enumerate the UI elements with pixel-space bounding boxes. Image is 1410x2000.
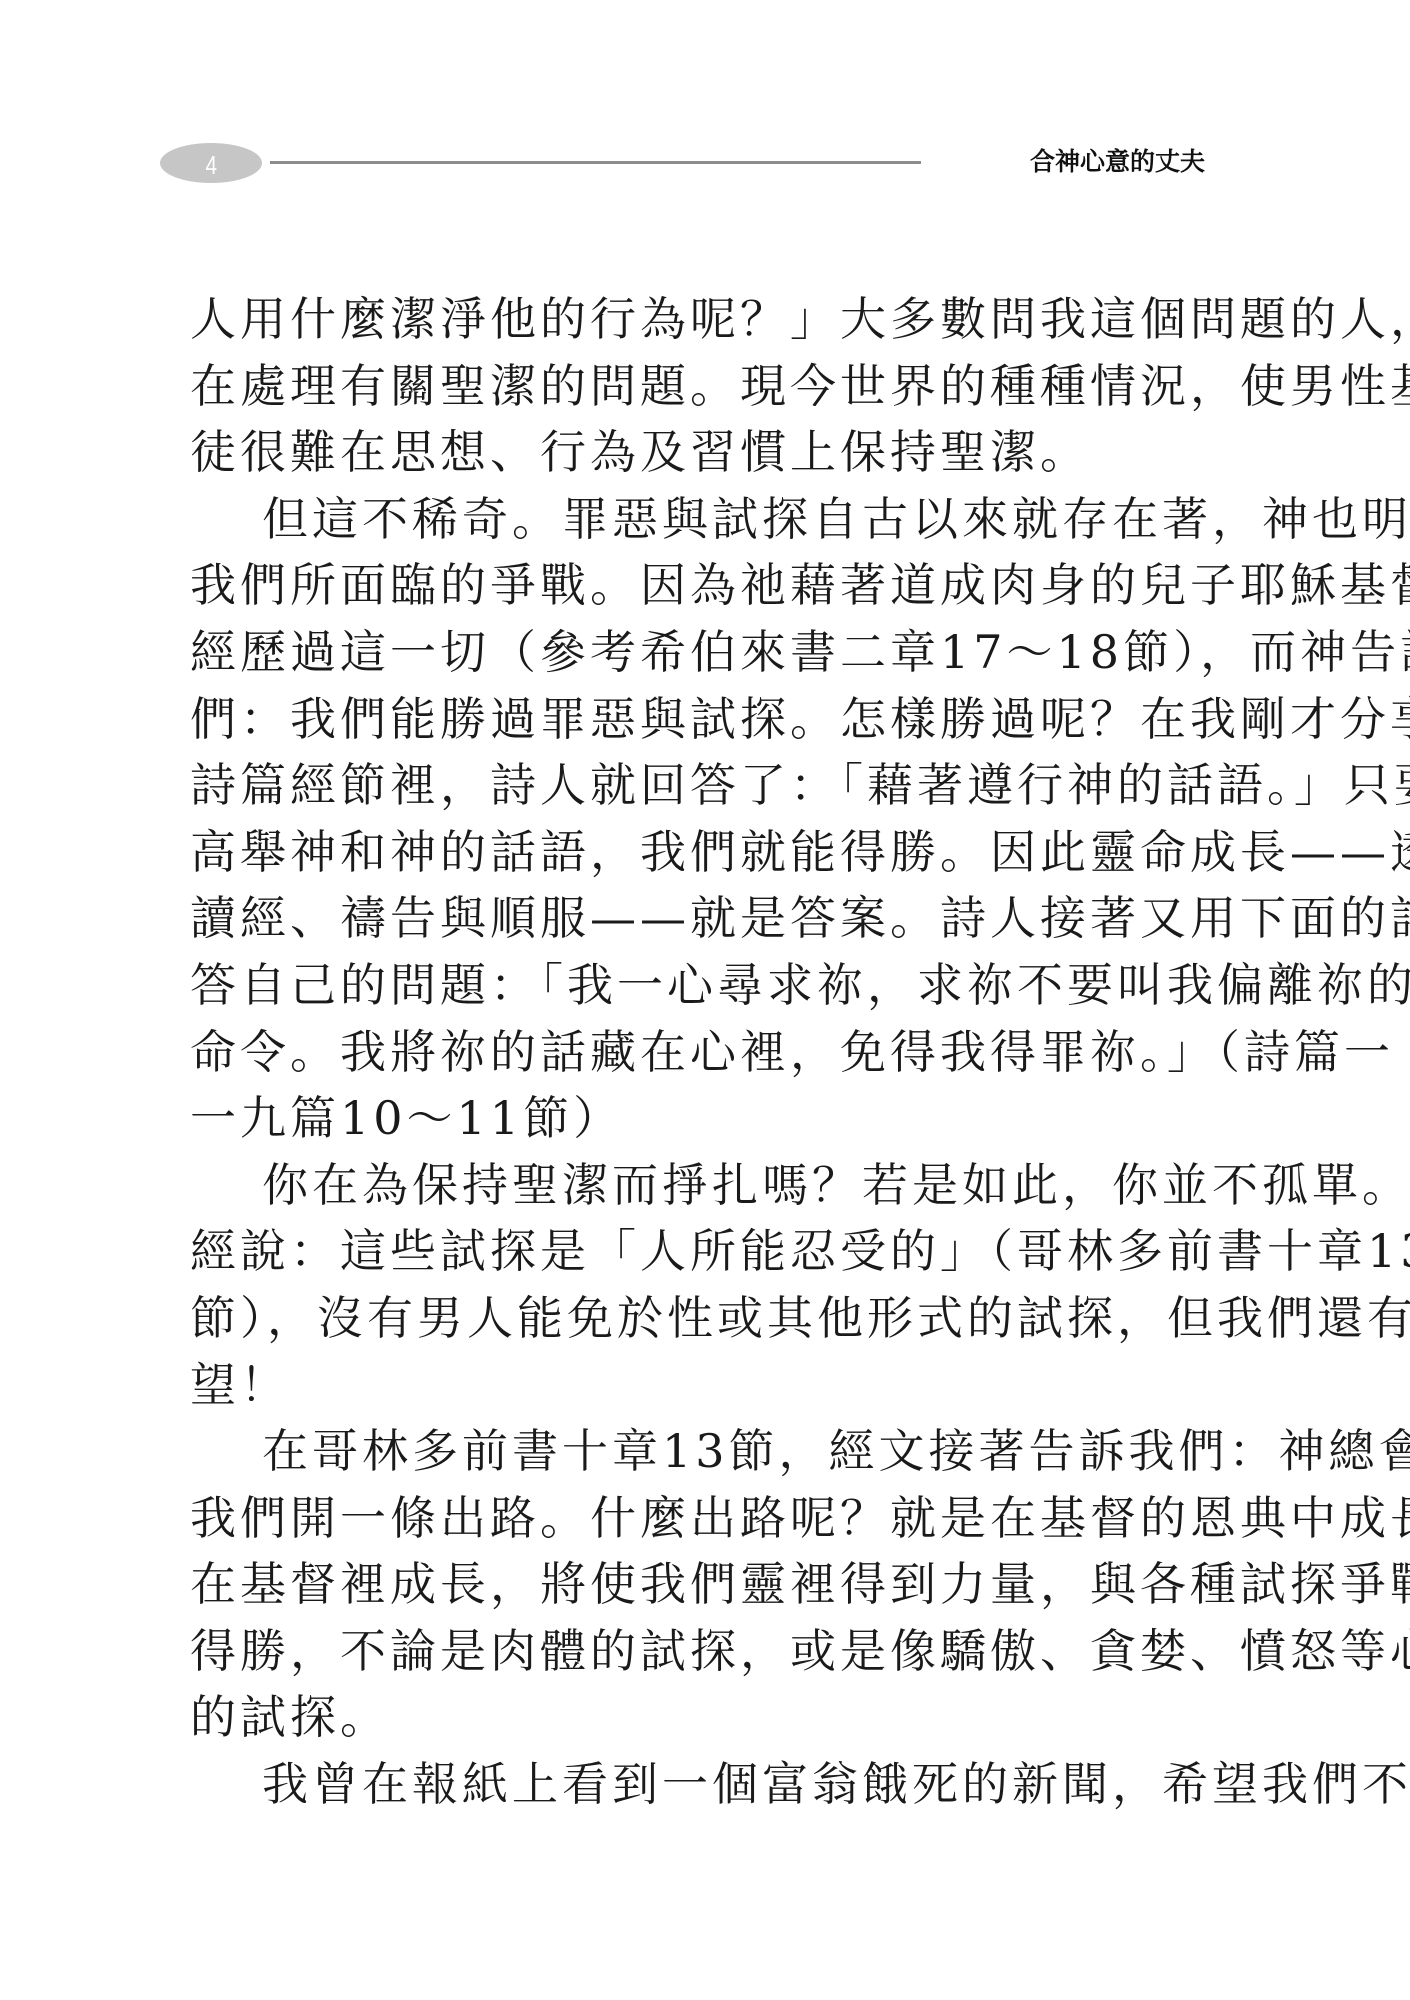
page-number: 4: [205, 150, 217, 181]
text-line: 我曾在報紙上看到一個富翁餓死的新聞，希望我們不要: [190, 1751, 1210, 1818]
text-line: 在處理有關聖潔的問題。現今世界的種種情況，使男性基督: [190, 353, 1210, 420]
text-line: 節），沒有男人能免於性或其他形式的試探，但我們還有希: [190, 1285, 1210, 1352]
text-line: 我們開一條出路。什麼出路呢？就是在基督的恩典中成長！: [190, 1485, 1210, 1552]
text-line: 我們所面臨的爭戰。因為祂藉著道成肉身的兒子耶穌基督: [190, 552, 1210, 619]
text-line: 的試探。: [190, 1684, 1210, 1751]
text-line: 經說：這些試探是「人所能忍受的」（哥林多前書十章13: [190, 1218, 1210, 1285]
text-line: 得勝，不論是肉體的試探，或是像驕傲、貪婪、憤怒等心靈: [190, 1618, 1210, 1685]
text-line: 讀經、禱告與順服——就是答案。詩人接著又用下面的話回: [190, 885, 1210, 952]
text-line: 們：我們能勝過罪惡與試探。怎樣勝過呢？在我剛才分享的: [190, 686, 1210, 753]
text-line: 答自己的問題：「我一心尋求祢，求祢不要叫我偏離祢的: [190, 952, 1210, 1019]
text-line: 高舉神和神的話語，我們就能得勝。因此靈命成長——透過: [190, 819, 1210, 886]
text-line: 人用什麼潔淨他的行為呢？」大多數問我這個問題的人，都: [190, 286, 1210, 353]
text-line: 一九篇10～11節）: [190, 1085, 1210, 1152]
text-line: 經歷過這一切（參考希伯來書二章17～18節），而神告訴我: [190, 619, 1210, 686]
running-title: 合神心意的丈夫: [1030, 142, 1205, 178]
text-line: 但這不稀奇。罪惡與試探自古以來就存在著，神也明白: [190, 486, 1210, 553]
text-line: 在哥林多前書十章13節，經文接著告訴我們：神總會給: [190, 1418, 1210, 1485]
page-number-badge: 4: [160, 143, 262, 183]
text-line: 你在為保持聖潔而掙扎嗎？若是如此，你並不孤單。聖: [190, 1152, 1210, 1219]
text-line: 詩篇經節裡，詩人就回答了：「藉著遵行神的話語。」只要: [190, 752, 1210, 819]
header-rule: [270, 161, 921, 164]
text-line: 望！: [190, 1352, 1210, 1419]
text-line: 徒很難在思想、行為及習慣上保持聖潔。: [190, 419, 1210, 486]
text-line: 在基督裡成長，將使我們靈裡得到力量，與各種試探爭戰並: [190, 1551, 1210, 1618]
text-line: 命令。我將祢的話藏在心裡，免得我得罪祢。」（詩篇一: [190, 1019, 1210, 1086]
body-text: 人用什麼潔淨他的行為呢？」大多數問我這個問題的人，都 在處理有關聖潔的問題。現今…: [190, 286, 1210, 1818]
